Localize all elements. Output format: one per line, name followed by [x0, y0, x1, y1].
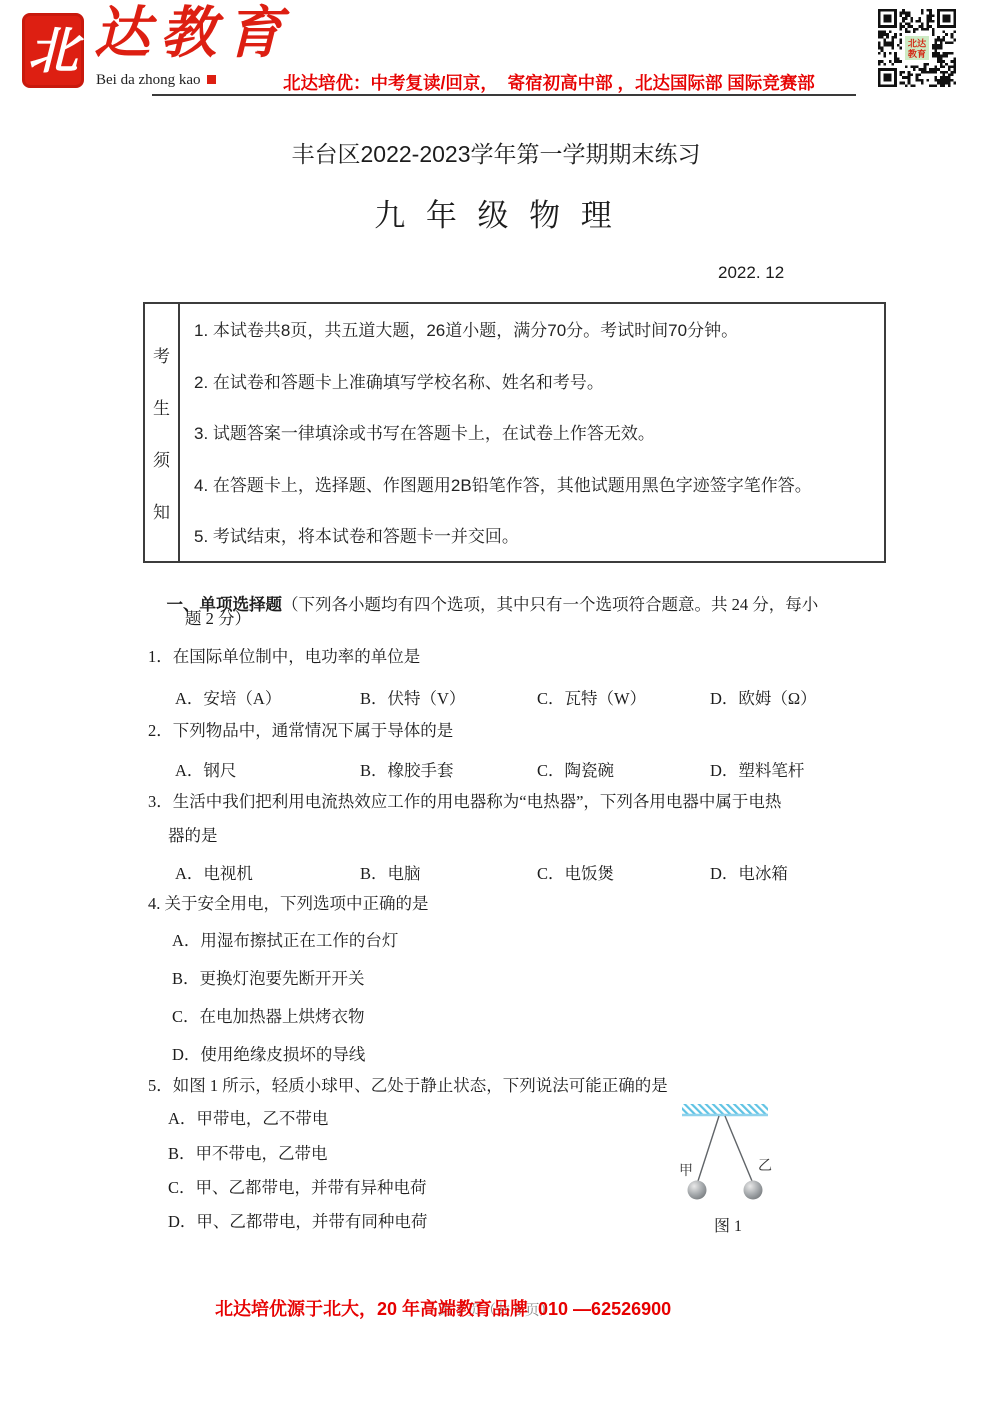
- notice-item: 2. 在试卷和答题卡上准确填写学校名称、姓名和考号。: [194, 368, 876, 393]
- question-3-text-cont: 器的是: [168, 825, 218, 846]
- string-right: [725, 1116, 752, 1181]
- notice-item: 1. 本试卷共8页，共五道大题，26道小题，满分70分。考试时间70分钟。: [194, 316, 876, 341]
- option-a: A．钢尺: [175, 757, 360, 781]
- option-d: D．电冰箱: [710, 860, 858, 884]
- question-2-text: 2．下列物品中，通常情况下属于导体的是: [148, 720, 453, 741]
- ball-left-label: 甲: [679, 1163, 693, 1179]
- notice-item: 5. 考试结束，将本试卷和答题卡一并交回。: [194, 522, 876, 547]
- option-b: B．甲不带电，乙带电: [168, 1143, 328, 1164]
- exam-title: 丰台区2022-2023学年第一学期期末练习: [0, 136, 992, 169]
- option-d: D．使用绝缘皮损坏的导线: [172, 1044, 365, 1065]
- string-left: [698, 1116, 719, 1181]
- exam-date: 2022. 12: [718, 263, 784, 283]
- ceiling-hatch: [682, 1104, 768, 1114]
- exam-page: 北 达教育 Bei da zhong kao 北达培优：中考复读/回京， 寄宿初…: [0, 0, 992, 1403]
- question-1-text: 1．在国际单位制中，电功率的单位是: [148, 646, 420, 667]
- logo-seal-char: 北: [28, 26, 78, 76]
- footer-brand-text: 北达培优源于北大，20 年高端教育品牌 010 —62526900: [215, 1295, 671, 1321]
- ball-right-label: 乙: [758, 1159, 772, 1174]
- option-d: D．塑料笔杆: [710, 757, 858, 781]
- header-tagline: 北达培优：中考复读/回京， 寄宿初高中部 ，北达国际部 国际竞赛部: [283, 70, 815, 95]
- question-5-text: 5．如图 1 所示，轻质小球甲、乙处于静止状态，下列说法可能正确的是: [148, 1075, 668, 1096]
- figure-caption: 图 1: [666, 1213, 790, 1236]
- option-d: D．甲、乙都带电，并带有同种电荷: [168, 1211, 427, 1232]
- option-a: A．用湿布擦拭正在工作的台灯: [172, 930, 398, 951]
- hanging-balls-diagram: 甲 乙: [666, 1094, 790, 1206]
- qr-center-text-line1: 北达: [908, 38, 927, 49]
- qr-code: 北达 教育: [878, 8, 956, 88]
- header-divider: [152, 94, 856, 96]
- option-a: A．安培（A）: [175, 685, 360, 709]
- notice-items: 1. 本试卷共8页，共五道大题，26道小题，满分70分。考试时间70分钟。 2.…: [180, 304, 884, 561]
- option-c: C．陶瓷碗: [537, 757, 710, 781]
- option-c: C．电饭煲: [537, 860, 710, 884]
- option-b: B．电脑: [360, 860, 537, 884]
- logo-subtitle: Bei da zhong kao: [96, 72, 216, 89]
- logo-brand-text: 达教育: [94, 4, 292, 66]
- question-2-options: A．钢尺 B．橡胶手套 C．陶瓷碗 D．塑料笔杆: [148, 757, 858, 781]
- option-b: B．橡胶手套: [360, 757, 537, 781]
- notice-box: 考 生 须 知 1. 本试卷共8页，共五道大题，26道小题，满分70分。考试时间…: [143, 302, 886, 563]
- notice-item: 3. 试题答案一律填涂或书写在答题卡上，在试卷上作答无效。: [194, 419, 876, 444]
- question-4-text: 4. 关于安全用电，下列选项中正确的是: [148, 893, 429, 914]
- logo-red-square-icon: [207, 75, 216, 84]
- ball-right: [744, 1181, 763, 1200]
- option-a: A．电视机: [175, 860, 360, 884]
- section-heading: 一、单项选择题（下列各小题均有四个选项，其中只有一个选项符合题意。共 24 分，…: [150, 573, 862, 637]
- option-a: A．甲带电，乙不带电: [168, 1108, 328, 1129]
- subject-title: 九 年 级 物 理: [0, 190, 992, 235]
- option-c: C．在电加热器上烘烤衣物: [172, 1006, 365, 1027]
- section-heading-cont: 题 2 分）: [185, 608, 251, 629]
- logo-seal: 北: [22, 13, 84, 88]
- ball-left: [688, 1181, 707, 1200]
- option-b: B．更换灯泡要先断开开关: [172, 968, 365, 989]
- figure-1: 甲 乙 图 1: [666, 1094, 790, 1236]
- option-c: C．瓦特（W）: [537, 685, 710, 709]
- notice-item: 4. 在答题卡上，选择题、作图题用2B铅笔作答，其他试题用黑色字迹签字笔作答。: [194, 471, 876, 496]
- qr-center-text-line2: 教育: [907, 48, 926, 59]
- notice-side-label: 考 生 须 知: [145, 304, 180, 561]
- question-3-options: A．电视机 B．电脑 C．电饭煲 D．电冰箱: [148, 860, 858, 884]
- option-b: B．伏特（V）: [360, 685, 537, 709]
- option-c: C．甲、乙都带电，并带有异种电荷: [168, 1177, 427, 1198]
- option-d: D．欧姆（Ω）: [710, 685, 858, 709]
- question-3-text: 3．生活中我们把利用电流热效应工作的用电器称为“电热器”，下列各用电器中属于电热: [148, 791, 864, 812]
- question-1-options: A．安培（A） B．伏特（V） C．瓦特（W） D．欧姆（Ω）: [148, 685, 858, 709]
